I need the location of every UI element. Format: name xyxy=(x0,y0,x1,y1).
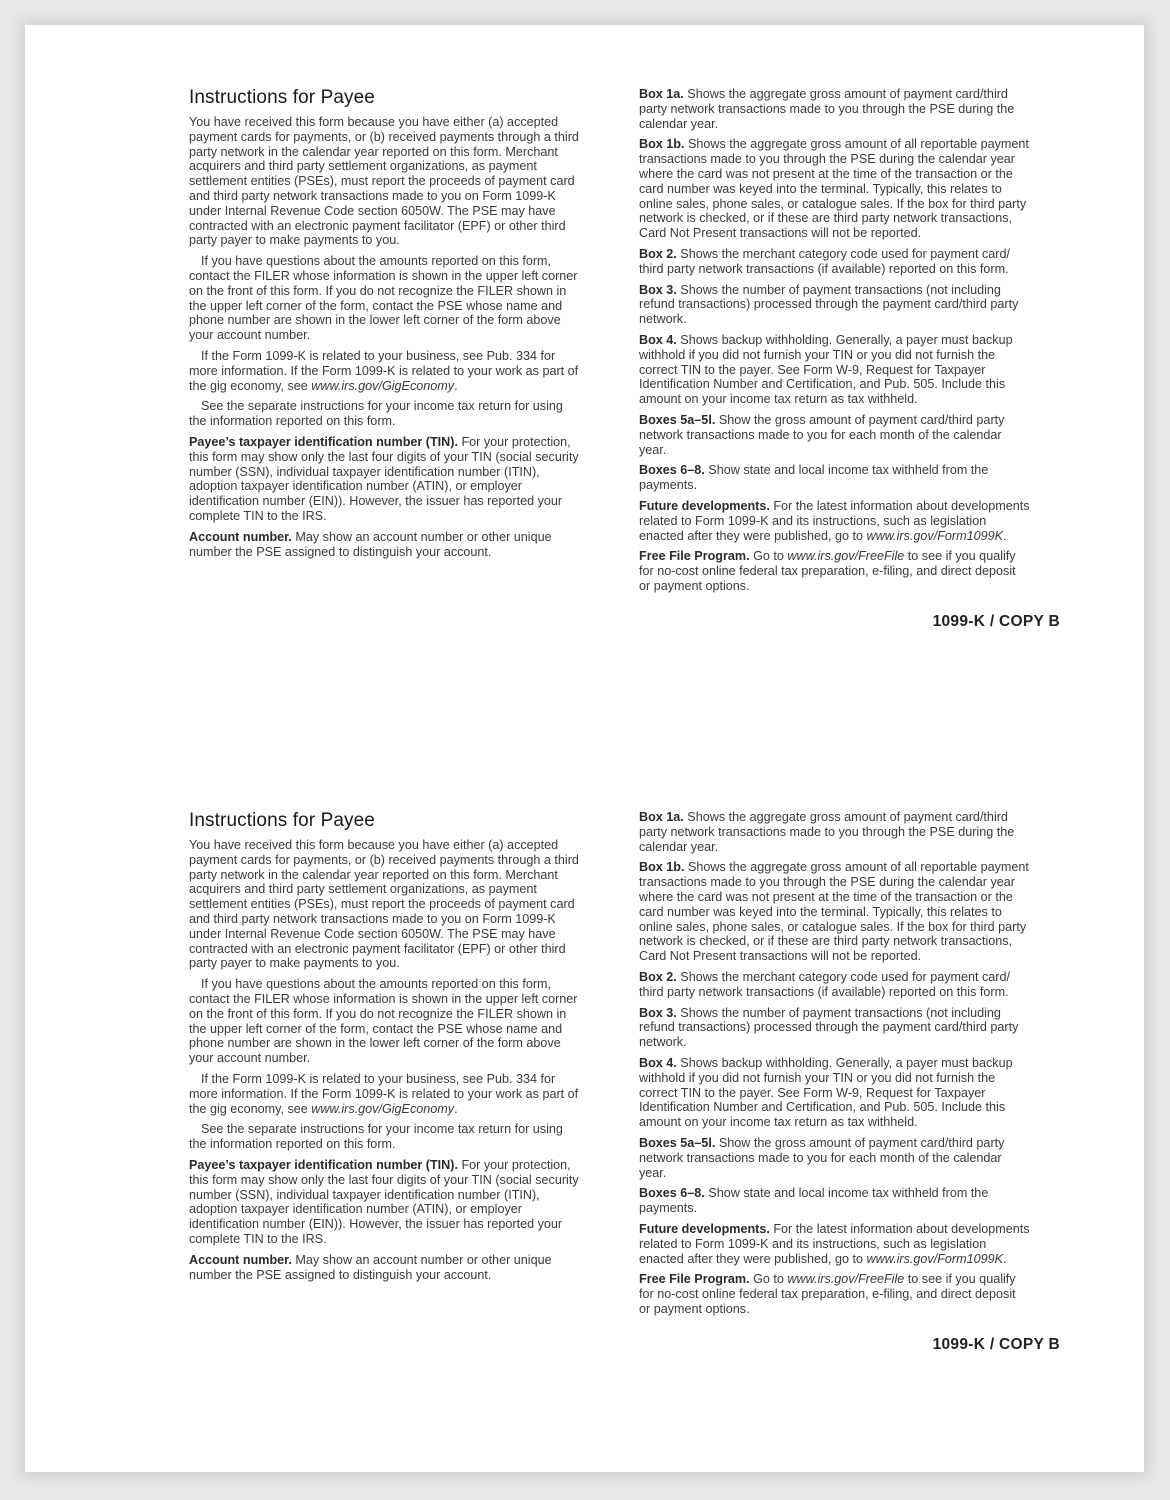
future-developments-paragraph: Future developments. For the latest info… xyxy=(639,1222,1079,1266)
account-number-heading: Account number. xyxy=(189,1253,292,1267)
tin-heading: Payee’s taxpayer identification number (… xyxy=(189,435,458,449)
intro-paragraph: You have received this form because you … xyxy=(189,115,619,248)
form-copy-label: 1099-K / COPY B xyxy=(933,613,1060,631)
form-1099k-link[interactable]: www.irs.gov/Form1099K xyxy=(867,529,1003,543)
boxes-5-paragraph: Boxes 5a–5l. Show the gross amount of pa… xyxy=(639,413,1079,457)
box-1b-paragraph: Box 1b. Shows the aggregate gross amount… xyxy=(639,137,1079,241)
boxes-6-8-paragraph: Boxes 6–8. Show state and local income t… xyxy=(639,1186,1079,1216)
account-number-heading: Account number. xyxy=(189,530,292,544)
account-number-paragraph: Account number. May show an account numb… xyxy=(189,1253,619,1283)
box-3-paragraph: Box 3. Shows the number of payment trans… xyxy=(639,1006,1079,1050)
box-4-paragraph: Box 4. Shows backup withholding. General… xyxy=(639,333,1079,407)
left-column: Instructions for Payee You have received… xyxy=(189,810,619,1288)
free-file-link[interactable]: www.irs.gov/FreeFile xyxy=(787,549,904,563)
box-1a-paragraph: Box 1a. Shows the aggregate gross amount… xyxy=(639,87,1079,131)
tin-heading: Payee’s taxpayer identification number (… xyxy=(189,1158,458,1172)
section-title: Instructions for Payee xyxy=(189,87,619,109)
box-1a-paragraph: Box 1a. Shows the aggregate gross amount… xyxy=(639,810,1079,854)
account-number-paragraph: Account number. May show an account numb… xyxy=(189,530,619,560)
left-column: Instructions for Payee You have received… xyxy=(189,87,619,565)
separate-instructions-paragraph: See the separate instructions for your i… xyxy=(189,1122,619,1152)
business-paragraph: If the Form 1099-K is related to your bu… xyxy=(189,1072,619,1116)
gig-economy-link[interactable]: www.irs.gov/GigEconomy xyxy=(311,1102,454,1116)
instructions-copy-2: Instructions for Payee You have received… xyxy=(25,810,1144,1430)
separate-instructions-paragraph: See the separate instructions for your i… xyxy=(189,399,619,429)
box-4-paragraph: Box 4. Shows backup withholding. General… xyxy=(639,1056,1079,1130)
box-2-paragraph: Box 2. Shows the merchant category code … xyxy=(639,970,1079,1000)
free-file-paragraph: Free File Program. Go to www.irs.gov/Fre… xyxy=(639,549,1079,593)
document-page: Instructions for Payee You have received… xyxy=(25,25,1144,1472)
box-2-paragraph: Box 2. Shows the merchant category code … xyxy=(639,247,1079,277)
form-1099k-link[interactable]: www.irs.gov/Form1099K xyxy=(867,1252,1003,1266)
free-file-paragraph: Free File Program. Go to www.irs.gov/Fre… xyxy=(639,1272,1079,1316)
business-paragraph: If the Form 1099-K is related to your bu… xyxy=(189,349,619,393)
free-file-link[interactable]: www.irs.gov/FreeFile xyxy=(787,1272,904,1286)
box-3-paragraph: Box 3. Shows the number of payment trans… xyxy=(639,283,1079,327)
future-developments-paragraph: Future developments. For the latest info… xyxy=(639,499,1079,543)
form-copy-label: 1099-K / COPY B xyxy=(933,1336,1060,1354)
questions-paragraph: If you have questions about the amounts … xyxy=(189,254,619,343)
right-column: Box 1a. Shows the aggregate gross amount… xyxy=(639,87,1079,600)
questions-paragraph: If you have questions about the amounts … xyxy=(189,977,619,1066)
box-1b-paragraph: Box 1b. Shows the aggregate gross amount… xyxy=(639,860,1079,964)
tin-paragraph: Payee’s taxpayer identification number (… xyxy=(189,1158,619,1247)
section-title: Instructions for Payee xyxy=(189,810,619,832)
intro-paragraph: You have received this form because you … xyxy=(189,838,619,971)
boxes-6-8-paragraph: Boxes 6–8. Show state and local income t… xyxy=(639,463,1079,493)
tin-paragraph: Payee’s taxpayer identification number (… xyxy=(189,435,619,524)
gig-economy-link[interactable]: www.irs.gov/GigEconomy xyxy=(311,379,454,393)
boxes-5-paragraph: Boxes 5a–5l. Show the gross amount of pa… xyxy=(639,1136,1079,1180)
right-column: Box 1a. Shows the aggregate gross amount… xyxy=(639,810,1079,1323)
instructions-copy-1: Instructions for Payee You have received… xyxy=(25,87,1144,707)
